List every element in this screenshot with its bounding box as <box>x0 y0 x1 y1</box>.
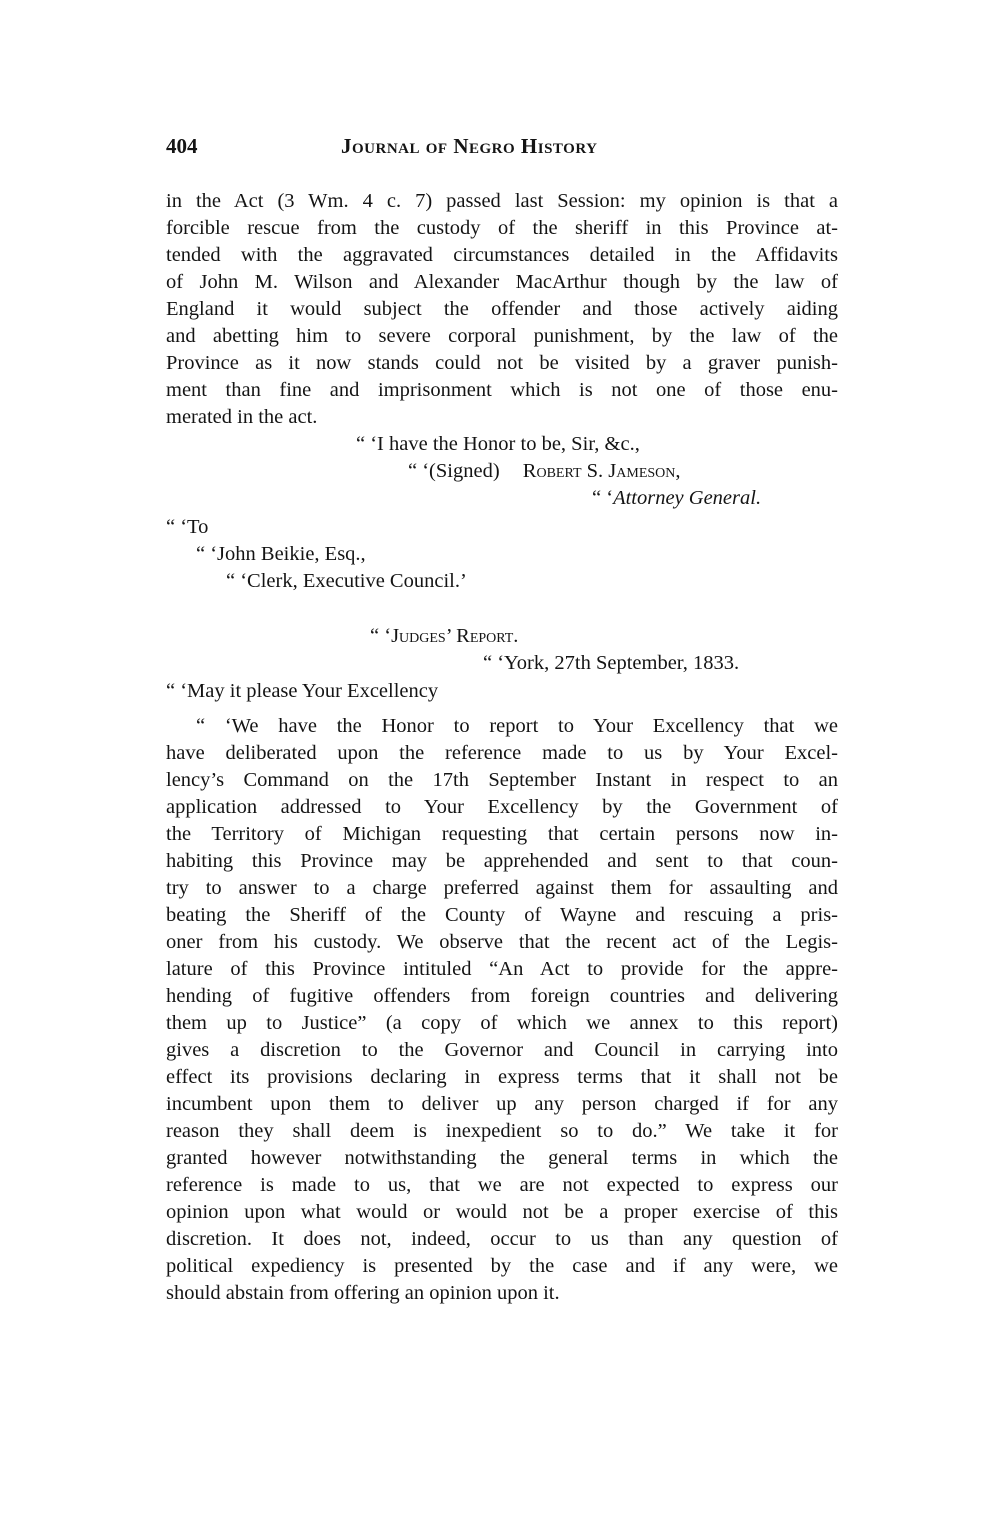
signatory-name: Robert S. Jameson, <box>523 460 681 482</box>
text-line: granted however notwithstanding the gene… <box>166 1145 838 1172</box>
text-line: England it would subject the offender an… <box>166 296 838 323</box>
text-line: application addressed to Your Excellency… <box>166 794 838 821</box>
address-to: “ ‘To <box>166 514 208 541</box>
text-line: merated in the act. <box>166 404 317 431</box>
text-line: should abstain from offering an opinion … <box>166 1280 560 1307</box>
signed-label: “ ‘(Signed) <box>408 460 500 482</box>
page-header: 404 Journal of Negro History <box>166 134 838 166</box>
text-line: them up to Justice” (a copy of which we … <box>166 1010 838 1037</box>
quote-mark: “ ‘ <box>370 625 391 647</box>
text-line: political expediency is presented by the… <box>166 1253 838 1280</box>
text-line: try to answer to a charge preferred agai… <box>166 875 838 902</box>
text-line: discretion. It does not, indeed, occur t… <box>166 1226 838 1253</box>
report-heading-text: Judges’ Report. <box>391 625 518 647</box>
text-line: of John M. Wilson and Alexander MacArthu… <box>166 269 838 296</box>
text-line: in the Act (3 Wm. 4 c. 7) passed last Se… <box>166 188 838 215</box>
text-line: hending of fugitive offenders from forei… <box>166 983 838 1010</box>
signatory-title: Attorney General. <box>613 487 761 509</box>
text-line: tended with the aggravated circumstances… <box>166 242 838 269</box>
text-line: beating the Sheriff of the County of Way… <box>166 902 838 929</box>
text-line: incumbent upon them to deliver up any pe… <box>166 1091 838 1118</box>
report-dateline: “ ‘York, 27th September, 1833. <box>483 650 739 677</box>
text-line: lency’s Command on the 17th September In… <box>166 767 838 794</box>
text-line: opinion upon what would or would not be … <box>166 1199 838 1226</box>
report-heading: “ ‘Judges’ Report. <box>370 623 518 650</box>
page-number: 404 <box>166 134 198 159</box>
text-line: reason they shall deem is inexpedient so… <box>166 1118 838 1145</box>
text-line: forcible rescue from the custody of the … <box>166 215 838 242</box>
text-line: “ ‘We have the Honor to report to Your E… <box>196 713 838 740</box>
address-name: “ ‘John Beikie, Esq., <box>196 541 366 568</box>
text-line: habiting this Province may be apprehende… <box>166 848 838 875</box>
text-line: have deliberated upon the reference made… <box>166 740 838 767</box>
text-line: lature of this Province intituled “An Ac… <box>166 956 838 983</box>
text-line: effect its provisions declaring in expre… <box>166 1064 838 1091</box>
text-line: ment than fine and imprisonment which is… <box>166 377 838 404</box>
report-salutation: “ ‘May it please Your Excellency <box>166 678 438 705</box>
text-line: oner from his custody. We observe that t… <box>166 929 838 956</box>
signatory-title-line: “ ‘Attorney General. <box>592 485 761 512</box>
signature-line: “ ‘(Signed) Robert S. Jameson, <box>408 458 681 485</box>
closing-salutation: “ ‘I have the Honor to be, Sir, &c., <box>356 431 640 458</box>
text-line: and abetting him to severe corporal puni… <box>166 323 838 350</box>
text-line: Province as it now stands could not be v… <box>166 350 838 377</box>
running-title: Journal of Negro History <box>341 134 597 159</box>
text-line: reference is made to us, that we are not… <box>166 1172 838 1199</box>
quote-mark: “ ‘ <box>592 487 613 509</box>
text-line: gives a discretion to the Governor and C… <box>166 1037 838 1064</box>
text-line: the Territory of Michigan requesting tha… <box>166 821 838 848</box>
address-position: “ ‘Clerk, Executive Council.’ <box>226 568 467 595</box>
